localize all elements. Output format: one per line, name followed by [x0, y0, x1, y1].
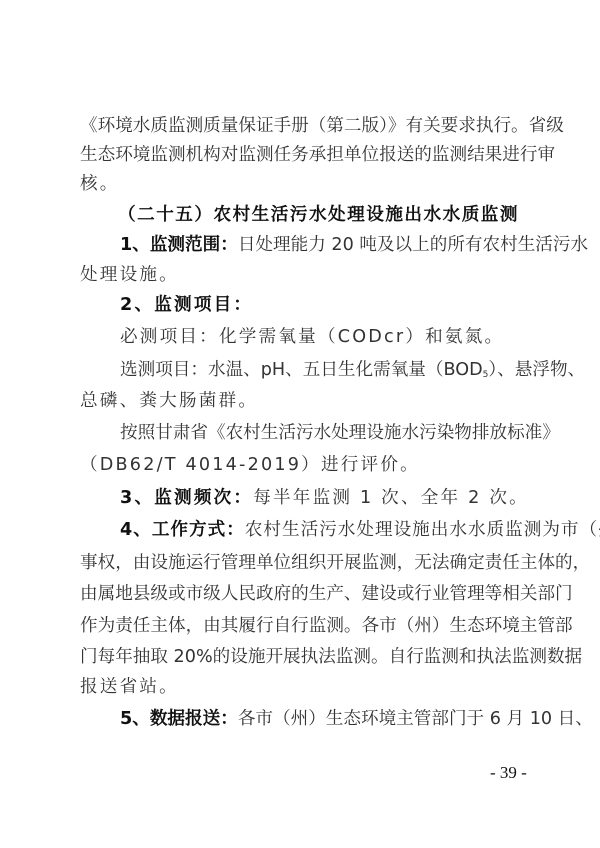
item-text: 各市（州）生态环境主管部门于 6 月 10 日、: [238, 709, 593, 729]
paragraph-line: 报送省站。: [80, 675, 525, 699]
list-item-reporting: 5、数据报送：各市（州）生态环境主管部门于 6 月 10 日、: [120, 707, 525, 731]
optional-items-text: 选测项目：水温、pH、五日生化需氧量（BOD: [120, 360, 483, 380]
paragraph-line: 事权，由设施运行管理单位组织开展监测，无法确定责任主体的，: [80, 551, 525, 575]
page-number: - 39 -: [490, 763, 530, 783]
paragraph-line: 总磷、粪大肠菌群。: [80, 389, 525, 413]
item-text: 每半年监测 1 次、全年 2 次。: [253, 488, 529, 508]
required-items: 必测项目：化学需氧量（CODcr）和氨氮。: [120, 325, 525, 349]
paragraph-line: 生态环境监测机构对监测任务承担单位报送的监测结果进行审: [80, 143, 525, 167]
paragraph-line: （DB62/T 4014-2019）进行评价。: [80, 453, 525, 477]
paragraph-line: 处理设施。: [80, 263, 525, 287]
item-label: 4、工作方式：: [120, 520, 245, 540]
paragraph-line: 门每年抽取 20%的设施开展执法监测。自行监测和执法监测数据: [80, 645, 525, 669]
item-text: 农村生活污水处理设施出水水质监测为市（州）: [245, 520, 600, 540]
list-item-scope: 1、监测范围：日处理能力 20 吨及以上的所有农村生活污水: [120, 233, 525, 257]
standard-reference: 按照甘肃省《农村生活污水处理设施水污染物排放标准》: [120, 421, 525, 445]
paragraph-line: 由属地县级或市级人民政府的生产、建设或行业管理等相关部门: [80, 582, 525, 606]
list-item-frequency: 3、监测频次：每半年监测 1 次、全年 2 次。: [120, 486, 525, 510]
paragraph-line: 作为责任主体，由其履行自行监测。各市（州）生态环境主管部: [80, 614, 525, 638]
paragraph-line: 核。: [80, 172, 525, 196]
item-text: 日处理能力 20 吨及以上的所有农村生活污水: [238, 235, 588, 255]
optional-items-text-end: ）、悬浮物、: [488, 360, 585, 380]
list-item-method: 4、工作方式：农村生活污水处理设施出水水质监测为市（州）: [120, 518, 525, 542]
list-item-items-label: 2、监测项目：: [120, 293, 525, 317]
item-label: 1、监测范围：: [120, 235, 238, 255]
optional-items: 选测项目：水温、pH、五日生化需氧量（BOD5）、悬浮物、: [120, 358, 525, 382]
section-heading: （二十五）农村生活污水处理设施出水水质监测: [118, 203, 563, 227]
item-label: 5、数据报送：: [120, 709, 238, 729]
paragraph-line: 《环境水质监测质量保证手册（第二版）》有关要求执行。省级: [80, 114, 525, 138]
item-label: 3、监测频次：: [120, 488, 253, 508]
document-page: 《环境水质监测质量保证手册（第二版）》有关要求执行。省级 生态环境监测机构对监测…: [0, 0, 600, 848]
